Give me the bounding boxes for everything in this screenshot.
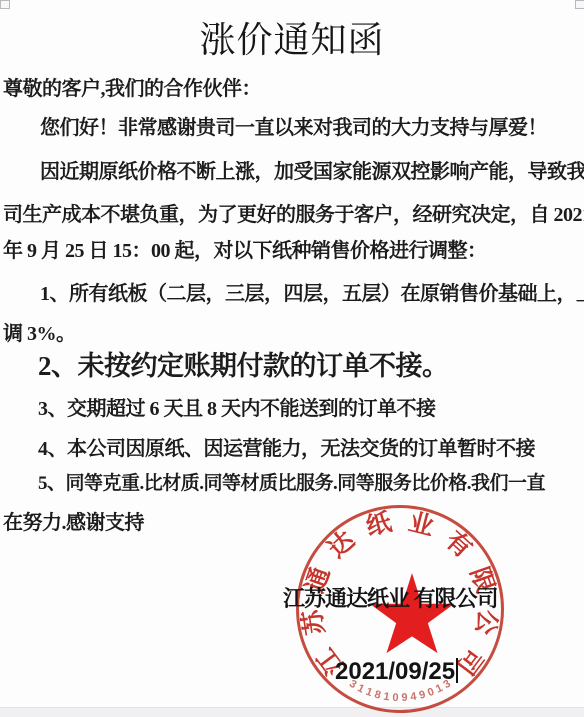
date-field[interactable]: 2021/09/25 <box>335 658 458 686</box>
list-item-1-line-2: 调 3%。 <box>3 317 76 346</box>
date-text: 2021/09/25 <box>335 658 455 685</box>
list-item-3: 3、交期超过 6 天且 8 天内不能送到的订单不接 <box>38 392 436 421</box>
greeting-line: 尊敬的客户,我们的合作伙伴： <box>3 72 261 101</box>
selection-handle-top-right[interactable] <box>575 0 584 9</box>
paragraph-reason-2: 司生产成本不堪负重，为了更好的服务于客户，经研究决定，自 2021 <box>3 198 584 227</box>
list-item-5-line-1: 5、同等克重.比材质.同等材质比服务.同等服务比价格.我们一直 <box>38 468 545 495</box>
text-cursor <box>456 658 458 683</box>
paragraph-reason-1: 因近期原纸价格不断上涨，加受国家能源双控影响产能，导致我 <box>40 155 584 184</box>
paragraph-reason-3: 年 9 月 25 日 15：00 起，对以下纸种销售价格进行调整： <box>3 234 487 263</box>
list-item-4: 4、本公司因原纸、因运营能力，无法交货的订单暂时不接 <box>38 432 535 461</box>
company-signature: 江苏通达纸业 有限公司 <box>283 582 498 613</box>
list-item-5-line-2: 在努力.感谢支持 <box>3 506 144 535</box>
selection-handle-top-left[interactable] <box>0 0 10 9</box>
page-title: 涨价通知函 <box>0 12 584 63</box>
notice-document: 涨价通知函 尊敬的客户,我们的合作伙伴： 您们好！非常感谢贵司一直以来对我司的大… <box>0 0 584 717</box>
list-item-2: 2、未按约定账期付款的订单不接。 <box>38 344 449 383</box>
paragraph-thanks: 您们好！非常感谢贵司一直以来对我司的大力支持与厚爱！ <box>40 111 547 140</box>
list-item-1-line-1: 1、所有纸板（二层，三层，四层，五层）在原销售价基础上，上 <box>40 277 584 306</box>
